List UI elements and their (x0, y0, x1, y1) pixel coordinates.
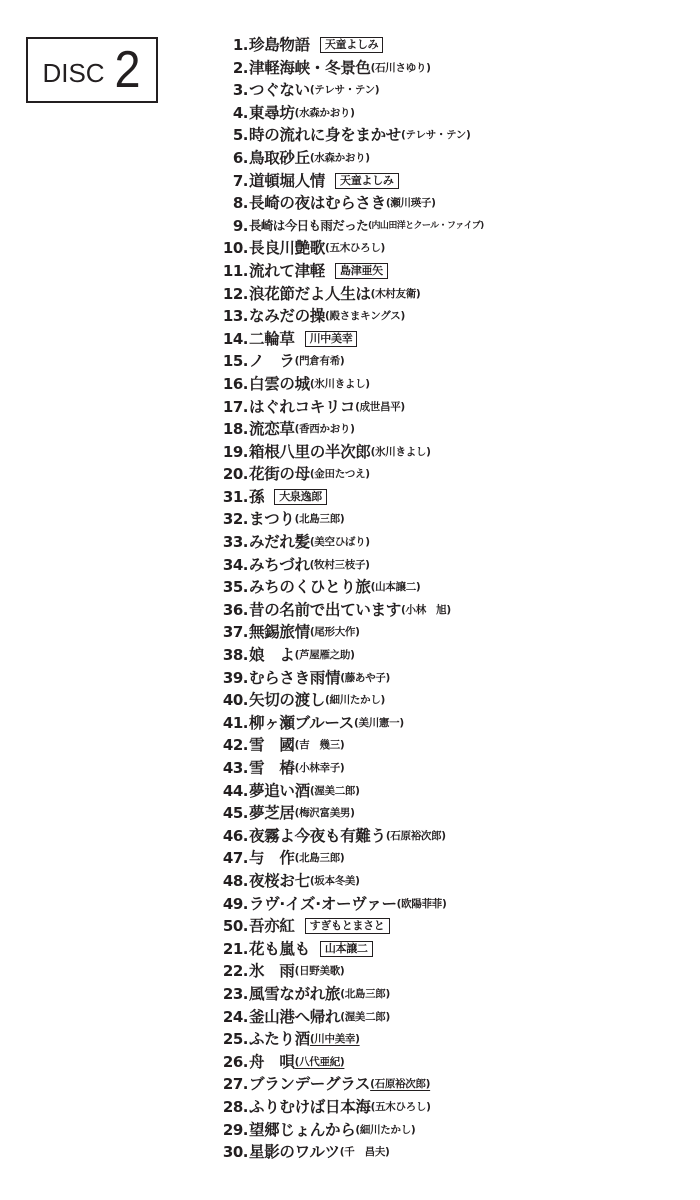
track-row: 36.昔の名前で出ています(小林 旭) (214, 599, 694, 622)
track-row: 34.みちづれ(牧村三枝子) (214, 554, 694, 577)
track-number: 33. (214, 531, 248, 554)
track-title: 星影のワルツ (249, 1141, 340, 1164)
track-row: 17.はぐれコキリコ(成世昌平) (214, 396, 694, 419)
track-number: 44. (214, 780, 248, 803)
track-title: 津軽海峡・冬景色 (249, 57, 371, 80)
track-row: 15.ノ ラ(門倉有希) (214, 350, 694, 373)
track-title: ブランデーグラス (249, 1073, 370, 1096)
track-artist-boxed: 山本譲二 (320, 941, 373, 957)
track-row: 2.津軽海峡・冬景色(石川さゆり) (214, 57, 694, 80)
track-title: 矢切の渡し (249, 689, 325, 712)
track-number: 17. (214, 396, 248, 419)
track-row: 10.長良川艶歌(五木ひろし) (214, 237, 694, 260)
track-title: 雪 椿 (249, 757, 295, 780)
track-row: 43.雪 椿(小林幸子) (214, 757, 694, 780)
track-artist: (北島三郎) (295, 847, 345, 870)
track-row: 46.夜霧よ今夜も有難う(石原裕次郎) (214, 825, 694, 848)
track-number: 37. (214, 621, 248, 644)
track-title: 無錫旅情 (249, 621, 310, 644)
track-row: 39.むらさき雨情(藤あや子) (214, 667, 694, 690)
track-title: 釜山港へ帰れ (249, 1006, 340, 1029)
track-artist: (テレサ・テン) (401, 124, 470, 147)
track-title: 白雲の城 (249, 373, 310, 396)
track-title: みだれ髪 (249, 531, 310, 554)
track-number: 25. (214, 1028, 248, 1051)
track-row: 45.夢芝居(梅沢富美男) (214, 802, 694, 825)
track-artist: (細川たかし) (355, 1119, 415, 1142)
track-artist-boxed: 天童よしみ (335, 173, 399, 189)
track-title: 与 作 (249, 847, 295, 870)
track-artist: (渥美二郎) (340, 1006, 390, 1029)
track-title: 花も嵐も (249, 938, 310, 961)
track-number: 36. (214, 599, 248, 622)
track-artist: (藤あや子) (340, 667, 390, 690)
track-number: 20. (214, 463, 248, 486)
track-number: 6. (214, 147, 248, 170)
track-artist: (尾形大作) (310, 621, 360, 644)
track-artist: (水森かおり) (310, 147, 370, 170)
track-artist: (小林幸子) (295, 757, 345, 780)
track-row: 19.箱根八里の半次郎(氷川きよし) (214, 441, 694, 464)
track-title: ふたり酒 (249, 1028, 310, 1051)
track-title: 長崎の夜はむらさき (249, 192, 386, 215)
track-artist: (美空ひばり) (310, 531, 370, 554)
track-number: 30. (214, 1141, 248, 1164)
track-row: 23.風雪ながれ旅(北島三郎) (214, 983, 694, 1006)
track-list: 1.珍島物語天童よしみ2.津軽海峡・冬景色(石川さゆり)3.つぐない(テレサ・テ… (214, 34, 694, 1164)
track-title: 二輪草 (249, 328, 295, 351)
track-title: 夢追い酒 (249, 780, 310, 803)
track-number: 14. (214, 328, 248, 351)
track-row: 13.なみだの操(殿さまキングス) (214, 305, 694, 328)
track-artist: (千 昌夫) (340, 1141, 390, 1164)
track-artist: (坂本冬美) (310, 870, 360, 893)
track-row: 33.みだれ髪(美空ひばり) (214, 531, 694, 554)
track-title: 娘 よ (249, 644, 295, 667)
track-number: 32. (214, 508, 248, 531)
track-row: 44.夢追い酒(渥美二郎) (214, 780, 694, 803)
track-number: 40. (214, 689, 248, 712)
track-row: 3.つぐない(テレサ・テン) (214, 79, 694, 102)
track-title: 孫 (249, 486, 264, 509)
track-number: 16. (214, 373, 248, 396)
track-title: 流恋草 (249, 418, 295, 441)
disc-label: DISC (42, 58, 104, 89)
track-title: 舟 唄 (249, 1051, 295, 1074)
track-artist: (テレサ・テン) (310, 79, 379, 102)
track-row: 24.釜山港へ帰れ(渥美二郎) (214, 1006, 694, 1029)
track-title: みちのくひとり旅 (249, 576, 371, 599)
track-artist: (北島三郎) (295, 508, 345, 531)
track-artist: (牧村三枝子) (310, 554, 370, 577)
track-number: 9. (214, 215, 248, 238)
track-number: 11. (214, 260, 248, 283)
track-artist: (渥美二郎) (310, 780, 360, 803)
track-artist: (香西かおり) (295, 418, 355, 441)
track-artist: (吉 幾三) (295, 734, 345, 757)
track-number: 43. (214, 757, 248, 780)
track-number: 24. (214, 1006, 248, 1029)
track-artist: (成世昌平) (355, 396, 405, 419)
track-title: 長良川艶歌 (249, 237, 325, 260)
track-title: 長崎は今日も雨だった (249, 215, 368, 238)
track-artist: (瀬川瑛子) (386, 192, 436, 215)
track-number: 18. (214, 418, 248, 441)
track-artist: (美川憲一) (354, 712, 404, 735)
track-number: 8. (214, 192, 248, 215)
track-title: なみだの操 (249, 305, 325, 328)
track-number: 48. (214, 870, 248, 893)
track-number: 31. (214, 486, 248, 509)
track-row: 4.東尋坊(水森かおり) (214, 102, 694, 125)
track-artist-boxed: 大泉逸郎 (274, 489, 327, 505)
track-artist: (北島三郎) (340, 983, 390, 1006)
track-number: 45. (214, 802, 248, 825)
track-row: 11.流れて津軽島津亜矢 (214, 260, 694, 283)
track-row: 37.無錫旅情(尾形大作) (214, 621, 694, 644)
track-row: 8.長崎の夜はむらさき(瀬川瑛子) (214, 192, 694, 215)
track-title: まつり (249, 508, 295, 531)
track-number: 49. (214, 893, 248, 916)
track-row: 49.ラヴ·イズ·オーヴァー(欧陽菲菲) (214, 893, 694, 916)
track-title: 箱根八里の半次郎 (249, 441, 371, 464)
track-title: 風雪ながれ旅 (249, 983, 340, 1006)
track-artist: (内山田洋とクール・ファイブ) (368, 215, 484, 238)
track-row: 12.浪花節だよ人生は(木村友衛) (214, 283, 694, 306)
track-artist: (石原裕次郎) (386, 825, 446, 848)
track-artist: (殿さまキングス) (325, 305, 405, 328)
track-artist-boxed: すぎもとまさと (305, 918, 390, 934)
track-title: 花街の母 (249, 463, 310, 486)
track-artist-boxed: 島津亜矢 (335, 263, 388, 279)
track-row: 27.ブランデーグラス(石原裕次郎) (214, 1073, 694, 1096)
track-row: 41.柳ヶ瀬ブルース(美川憲一) (214, 712, 694, 735)
track-number: 35. (214, 576, 248, 599)
track-title: 夢芝居 (249, 802, 295, 825)
track-title: 氷 雨 (249, 960, 295, 983)
track-title: 夜霧よ今夜も有難う (249, 825, 386, 848)
track-row: 7.道頓堀人情天童よしみ (214, 170, 694, 193)
track-title: ふりむけば日本海 (249, 1096, 371, 1119)
track-row: 1.珍島物語天童よしみ (214, 34, 694, 57)
track-title: 珍島物語 (249, 34, 310, 57)
track-artist: (門倉有希) (295, 350, 345, 373)
track-artist: (小林 旭) (401, 599, 451, 622)
track-number: 41. (214, 712, 248, 735)
track-number: 47. (214, 847, 248, 870)
track-row: 32.まつり(北島三郎) (214, 508, 694, 531)
track-row: 20.花街の母(金田たつえ) (214, 463, 694, 486)
track-artist: (氷川きよし) (371, 441, 431, 464)
track-artist: (川中美幸) (310, 1028, 360, 1051)
track-title: 東尋坊 (249, 102, 295, 125)
track-title: 時の流れに身をまかせ (249, 124, 401, 147)
track-title: つぐない (249, 79, 310, 102)
track-title: 夜桜お七 (249, 870, 310, 893)
track-row: 50.吾亦紅すぎもとまさと (214, 915, 694, 938)
track-artist: (水森かおり) (295, 102, 355, 125)
track-number: 28. (214, 1096, 248, 1119)
track-artist: (五木ひろし) (325, 237, 385, 260)
track-number: 12. (214, 283, 248, 306)
track-row: 29.望郷じょんから(細川たかし) (214, 1119, 694, 1142)
track-artist: (梅沢富美男) (295, 802, 355, 825)
track-number: 15. (214, 350, 248, 373)
track-row: 35.みちのくひとり旅(山本譲二) (214, 576, 694, 599)
track-row: 38.娘 よ(芦屋雁之助) (214, 644, 694, 667)
track-title: ラヴ·イズ·オーヴァー (249, 893, 397, 916)
track-artist-boxed: 天童よしみ (320, 37, 384, 53)
track-artist: (日野美歌) (295, 960, 345, 983)
track-title: 流れて津軽 (249, 260, 325, 283)
track-artist: (氷川きよし) (310, 373, 370, 396)
track-number: 5. (214, 124, 248, 147)
track-artist: (石原裕次郎) (370, 1073, 430, 1096)
track-title: むらさき雨情 (249, 667, 340, 690)
track-row: 21.花も嵐も山本譲二 (214, 938, 694, 961)
track-row: 18.流恋草(香西かおり) (214, 418, 694, 441)
track-number: 46. (214, 825, 248, 848)
track-row: 16.白雲の城(氷川きよし) (214, 373, 694, 396)
track-artist: (木村友衛) (371, 283, 421, 306)
track-title: はぐれコキリコ (249, 396, 355, 419)
track-row: 42.雪 國(吉 幾三) (214, 734, 694, 757)
track-row: 28.ふりむけば日本海(五木ひろし) (214, 1096, 694, 1119)
track-row: 26.舟 唄(八代亜紀) (214, 1051, 694, 1074)
track-number: 50. (214, 915, 248, 938)
track-title: 鳥取砂丘 (249, 147, 310, 170)
track-row: 5.時の流れに身をまかせ(テレサ・テン) (214, 124, 694, 147)
track-number: 29. (214, 1119, 248, 1142)
track-row: 14.二輪草川中美幸 (214, 328, 694, 351)
track-title: 雪 國 (249, 734, 295, 757)
track-number: 4. (214, 102, 248, 125)
track-row: 6.鳥取砂丘(水森かおり) (214, 147, 694, 170)
track-artist: (石川さゆり) (371, 57, 431, 80)
track-artist: (八代亜紀) (295, 1051, 345, 1074)
track-title: 吾亦紅 (249, 915, 295, 938)
track-artist: (芦屋雁之助) (295, 644, 355, 667)
track-number: 38. (214, 644, 248, 667)
track-row: 30.星影のワルツ(千 昌夫) (214, 1141, 694, 1164)
track-number: 13. (214, 305, 248, 328)
track-title: 柳ヶ瀬ブルース (249, 712, 354, 735)
track-artist: (欧陽菲菲) (397, 893, 447, 916)
track-title: 浪花節だよ人生は (249, 283, 371, 306)
track-row: 48.夜桜お七(坂本冬美) (214, 870, 694, 893)
track-number: 3. (214, 79, 248, 102)
track-number: 42. (214, 734, 248, 757)
track-number: 7. (214, 170, 248, 193)
track-row: 22.氷 雨(日野美歌) (214, 960, 694, 983)
track-artist: (山本譲二) (371, 576, 421, 599)
track-row: 31.孫大泉逸郎 (214, 486, 694, 509)
track-artist: (金田たつえ) (310, 463, 370, 486)
track-row: 40.矢切の渡し(細川たかし) (214, 689, 694, 712)
disc-number: 2 (114, 44, 140, 96)
track-number: 10. (214, 237, 248, 260)
track-title: 望郷じょんから (249, 1119, 355, 1142)
track-number: 39. (214, 667, 248, 690)
track-number: 19. (214, 441, 248, 464)
disc-label-box: DISC 2 (26, 37, 158, 103)
track-row: 25.ふたり酒(川中美幸) (214, 1028, 694, 1051)
track-number: 22. (214, 960, 248, 983)
track-row: 9.長崎は今日も雨だった(内山田洋とクール・ファイブ) (214, 215, 694, 238)
track-title: 昔の名前で出ています (249, 599, 401, 622)
track-artist: (細川たかし) (325, 689, 385, 712)
track-row: 47.与 作(北島三郎) (214, 847, 694, 870)
track-artist-boxed: 川中美幸 (305, 331, 358, 347)
track-number: 23. (214, 983, 248, 1006)
track-number: 21. (214, 938, 248, 961)
track-number: 2. (214, 57, 248, 80)
track-number: 34. (214, 554, 248, 577)
track-number: 27. (214, 1073, 248, 1096)
track-artist: (五木ひろし) (371, 1096, 431, 1119)
track-number: 1. (214, 34, 248, 57)
track-title: 道頓堀人情 (249, 170, 325, 193)
track-title: みちづれ (249, 554, 310, 577)
track-title: ノ ラ (249, 350, 295, 373)
track-number: 26. (214, 1051, 248, 1074)
